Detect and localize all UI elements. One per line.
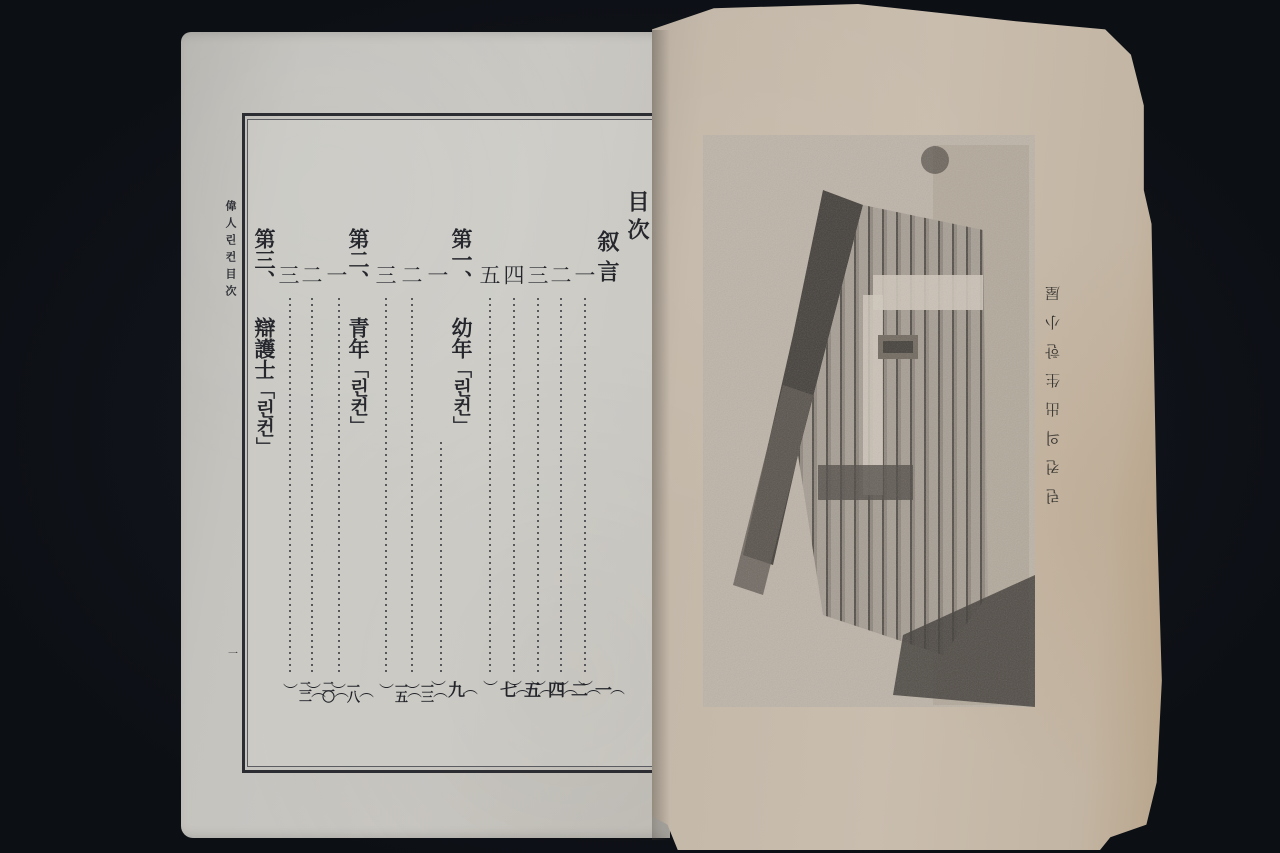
toc-intro-heading: 叙言 [596,230,618,290]
toc-intro-page-5: ︵七︶ [482,680,529,695]
leader-dots [311,296,313,676]
leader-dots [513,296,515,676]
toc-chapter-3: 第三、辯護士「린컨」 [254,228,275,456]
toc-ch2-section-1: 一 [325,264,346,285]
leader-dots [537,296,539,676]
running-head: 偉人린컨目次 [222,200,238,302]
chapter-2-title: 青年 [346,317,371,359]
leader-dots [489,296,491,676]
chapter-3-title-korean: 「린컨」 [253,380,275,456]
toc-chapter-2: 第二、青年「린컨」 [348,228,369,435]
chapter-1-heading: 第一、 [449,228,474,291]
toc-intro-section-3: 三 [526,264,547,285]
toc-ch2-section-3: 三 [277,264,298,285]
chapter-1-title: 幼年 [449,317,474,359]
chapter-3-title: 辯護士 [252,317,277,380]
toc-ch1-section-2: 二 [400,264,421,285]
toc-ch1-section-1: 一 [426,264,447,285]
plate-caption: 린컨의出生한小屋 [1042,272,1063,504]
log-cabin-photo [703,135,1035,707]
toc-intro-section-4: 四 [502,264,523,285]
toc-intro-section-1: 一 [573,264,594,285]
leader-dots [411,296,413,676]
toc-ch1-page-3: ︵一五︶ [378,680,421,700]
leader-dots [584,296,586,676]
toc-ch2-page-3: ︵二二︶ [282,680,325,700]
chapter-2-title-korean: 「린컨」 [347,359,369,435]
leader-dots [289,296,291,676]
leader-dots [440,440,442,676]
page-folio: 一 [228,645,238,660]
leader-dots [560,296,562,676]
toc-title: 目次 [626,190,648,246]
chapter-3-heading: 第三、 [252,228,277,291]
toc-intro-section-2: 二 [549,264,570,285]
toc-ch1-section-3: 三 [374,264,395,285]
toc-chapter-1: 第一、幼年「린컨」 [451,228,472,435]
log-cabin-illustration [703,135,1035,707]
toc-ch2-section-2: 二 [300,264,321,285]
leader-dots [338,296,340,676]
chapter-1-title-korean: 「린컨」 [450,359,472,435]
gutter-shadow [652,30,670,840]
chapter-2-heading: 第二、 [346,228,371,291]
leader-dots [385,296,387,676]
toc-intro-section-5: 五 [478,264,499,285]
